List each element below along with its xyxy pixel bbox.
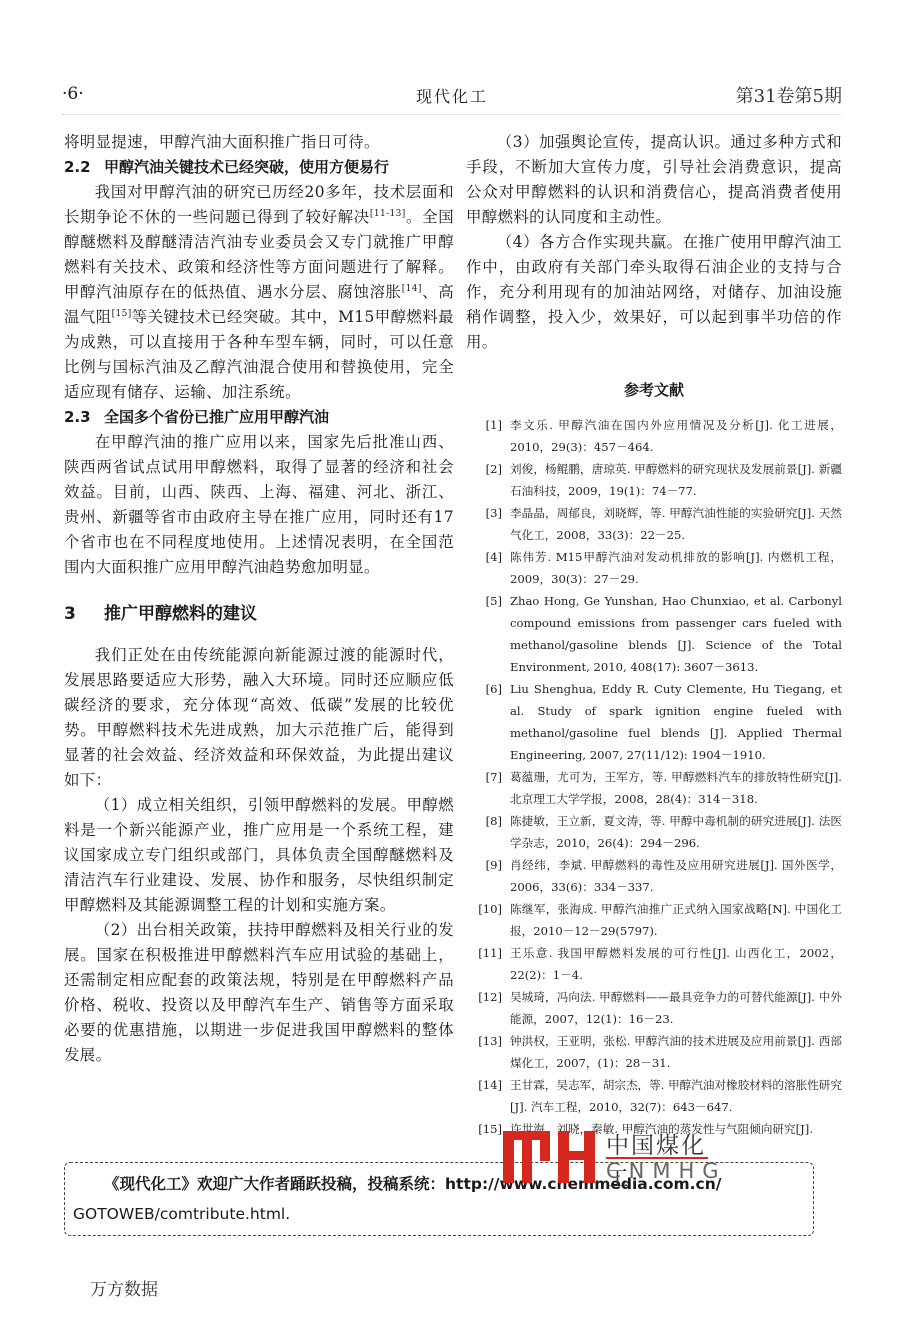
- reference-item: [7]葛蕴珊，尤可为，王军方，等. 甲醇燃料汽车的排放特性研究[J]. 北京理工…: [466, 766, 842, 810]
- reference-number: [13]: [466, 1030, 506, 1052]
- reference-item: [6]Liu Shenghua, Eddy R. Cuty Clemente, …: [466, 678, 842, 766]
- reference-item: [1]李文乐. 甲醇汽油在国内外应用情况及分析[J]. 化工进展，2010，29…: [466, 414, 842, 458]
- reference-number: [9]: [466, 854, 506, 876]
- references-heading: 参考文献: [466, 379, 842, 400]
- reference-item: [12]吴城琦，冯向法. 甲醇燃料——最具竞争力的可替代能源[J]. 中外能源，…: [466, 986, 842, 1030]
- reference-text: 钟洪权，王亚明，张松. 甲醇汽油的技术进展及应用前景[J]. 西部煤化工，200…: [510, 1034, 842, 1070]
- section-number: 3: [64, 602, 104, 627]
- logo-english-text: CNMHG: [606, 1159, 727, 1183]
- reference-number: [3]: [466, 502, 506, 524]
- citation[interactable]: [14]: [402, 284, 422, 294]
- paragraph: （1）成立相关组织，引领甲醇燃料的发展。甲醇燃料是一个新兴能源产业，推广应用是一…: [64, 793, 454, 918]
- reference-text: Zhao Hong, Ge Yunshan, Hao Chunxiao, et …: [510, 594, 842, 674]
- paragraph: （3）加强舆论宣传，提高认识。通过多种方式和手段，不断加大宣传力度，引导社会消费…: [466, 130, 842, 230]
- section-heading-2-2: 2.2甲醇汽油关键技术已经突破，使用方便易行: [64, 155, 454, 180]
- reference-text: 陈继军，张海成. 甲醇汽油推广正式纳入国家战略[N]. 中国化工报，2010－1…: [510, 902, 842, 938]
- reference-text: 陈捷敏，王立新，夏文涛，等. 甲醇中毒机制的研究进展[J]. 法医学杂志，201…: [510, 814, 842, 850]
- reference-text: 肖经纬，李斌. 甲醇燃料的毒性及应用研究进展[J]. 国外医学，2006，33(…: [510, 858, 842, 894]
- reference-item: [3]李晶晶，周郁良，刘晓辉，等. 甲醇汽油性能的实验研究[J]. 天然气化工，…: [466, 502, 842, 546]
- notice-line-2[interactable]: GOTOWEB/comtribute.html.: [73, 1199, 805, 1229]
- reference-number: [1]: [466, 414, 506, 436]
- paragraph: （2）出台相关政策，扶持甲醇燃料及相关行业的发展。国家在积极推进甲醇燃料汽车应用…: [64, 918, 454, 1068]
- reference-item: [14]王甘霖，吴志军，胡宗杰，等. 甲醇汽油对橡胶材料的溶胀性研究[J]. 汽…: [466, 1074, 842, 1118]
- reference-item: [8]陈捷敏，王立新，夏文涛，等. 甲醇中毒机制的研究进展[J]. 法医学杂志，…: [466, 810, 842, 854]
- citation[interactable]: [15]: [112, 309, 132, 319]
- text: 我国对甲醇汽油的研究已历经20多年，技术层面和长期争论不休的一些问题已得到了较好…: [64, 183, 454, 226]
- left-column: 将明显提速，甲醇汽油大面积推广指日可待。 2.2甲醇汽油关键技术已经突破，使用方…: [64, 130, 454, 1068]
- reference-item: [2]刘俊，杨鲲鹏，唐琼英. 甲醇燃料的研究现状及发展前景[J]. 新疆石油科技…: [466, 458, 842, 502]
- reference-text: 陈伟芳. M15甲醇汽油对发动机排放的影响[J]. 内燃机工程，2009，30(…: [510, 550, 842, 586]
- reference-number: [4]: [466, 546, 506, 568]
- mh-logo-icon: [503, 1131, 595, 1183]
- source-footer: 万方数据: [90, 1275, 158, 1300]
- reference-text: 李文乐. 甲醇汽油在国内外应用情况及分析[J]. 化工进展，2010，29(3)…: [510, 418, 842, 454]
- issue-label: 第31卷第5期: [736, 82, 842, 108]
- header-rule: [62, 114, 842, 115]
- section-title: 甲醇汽油关键技术已经突破，使用方便易行: [104, 158, 389, 176]
- reference-number: [5]: [466, 590, 506, 612]
- reference-text: 葛蕴珊，尤可为，王军方，等. 甲醇燃料汽车的排放特性研究[J]. 北京理工大学学…: [510, 770, 842, 806]
- reference-number: [10]: [466, 898, 506, 920]
- reference-list: [1]李文乐. 甲醇汽油在国内外应用情况及分析[J]. 化工进展，2010，29…: [466, 414, 842, 1140]
- paragraph: 我们正处在由传统能源向新能源过渡的能源时代，发展思路要适应大形势，融入大环境。同…: [64, 643, 454, 793]
- reference-text: 王乐意. 我国甲醇燃料发展的可行性[J]. 山西化工，2002，22(2)：1－…: [510, 946, 842, 982]
- reference-text: 吴城琦，冯向法. 甲醇燃料——最具竞争力的可替代能源[J]. 中外能源，2007…: [510, 990, 842, 1026]
- reference-number: [6]: [466, 678, 506, 700]
- text: 等关键技术已经突破。其中，M15甲醇燃料最为成熟，可以直接用于各种车型车辆，同时…: [64, 308, 454, 401]
- reference-text: 王甘霖，吴志军，胡宗杰，等. 甲醇汽油对橡胶材料的溶胀性研究[J]. 汽车工程，…: [510, 1078, 842, 1114]
- section-title: 推广甲醇燃料的建议: [104, 604, 257, 624]
- journal-title: 现代化工: [62, 84, 842, 107]
- paragraph: 在甲醇汽油的推广应用以来，国家先后批准山西、陕西两省试点试用甲醇燃料，取得了显著…: [64, 430, 454, 580]
- reference-text: Liu Shenghua, Eddy R. Cuty Clemente, Hu …: [510, 682, 842, 762]
- section-heading-2-3: 2.3全国多个省份已推广应用甲醇汽油: [64, 405, 454, 430]
- cnmhg-watermark-logo: 中国煤化工 CNMHG: [503, 1131, 713, 1181]
- section-number: 2.2: [64, 155, 104, 180]
- paragraph: 我国对甲醇汽油的研究已历经20多年，技术层面和长期争论不休的一些问题已得到了较好…: [64, 180, 454, 405]
- reference-number: [15]: [466, 1118, 506, 1140]
- reference-text: 刘俊，杨鲲鹏，唐琼英. 甲醇燃料的研究现状及发展前景[J]. 新疆石油科技，20…: [510, 462, 842, 498]
- right-column: （3）加强舆论宣传，提高认识。通过多种方式和手段，不断加大宣传力度，引导社会消费…: [466, 130, 842, 1140]
- citation[interactable]: [11-13]: [370, 209, 406, 219]
- reference-number: [12]: [466, 986, 506, 1008]
- paragraph: （4）各方合作实现共赢。在推广使用甲醇汽油工作中，由政府有关部门牵头取得石油企业…: [466, 230, 842, 355]
- reference-number: [2]: [466, 458, 506, 480]
- page-header: ·6· 现代化工 第31卷第5期: [62, 84, 842, 110]
- reference-item: [5]Zhao Hong, Ge Yunshan, Hao Chunxiao, …: [466, 590, 842, 678]
- reference-number: [8]: [466, 810, 506, 832]
- paragraph: 将明显提速，甲醇汽油大面积推广指日可待。: [64, 130, 454, 155]
- section-number: 2.3: [64, 405, 104, 430]
- section-heading-3: 3推广甲醇燃料的建议: [64, 602, 454, 627]
- reference-number: [11]: [466, 942, 506, 964]
- reference-text: 李晶晶，周郁良，刘晓辉，等. 甲醇汽油性能的实验研究[J]. 天然气化工，200…: [510, 506, 842, 542]
- reference-item: [9]肖经纬，李斌. 甲醇燃料的毒性及应用研究进展[J]. 国外医学，2006，…: [466, 854, 842, 898]
- reference-item: [4]陈伟芳. M15甲醇汽油对发动机排放的影响[J]. 内燃机工程，2009，…: [466, 546, 842, 590]
- reference-item: [10]陈继军，张海成. 甲醇汽油推广正式纳入国家战略[N]. 中国化工报，20…: [466, 898, 842, 942]
- reference-item: [11]王乐意. 我国甲醇燃料发展的可行性[J]. 山西化工，2002，22(2…: [466, 942, 842, 986]
- section-title: 全国多个省份已推广应用甲醇汽油: [104, 408, 329, 426]
- reference-number: [7]: [466, 766, 506, 788]
- reference-number: [14]: [466, 1074, 506, 1096]
- reference-item: [13]钟洪权，王亚明，张松. 甲醇汽油的技术进展及应用前景[J]. 西部煤化工…: [466, 1030, 842, 1074]
